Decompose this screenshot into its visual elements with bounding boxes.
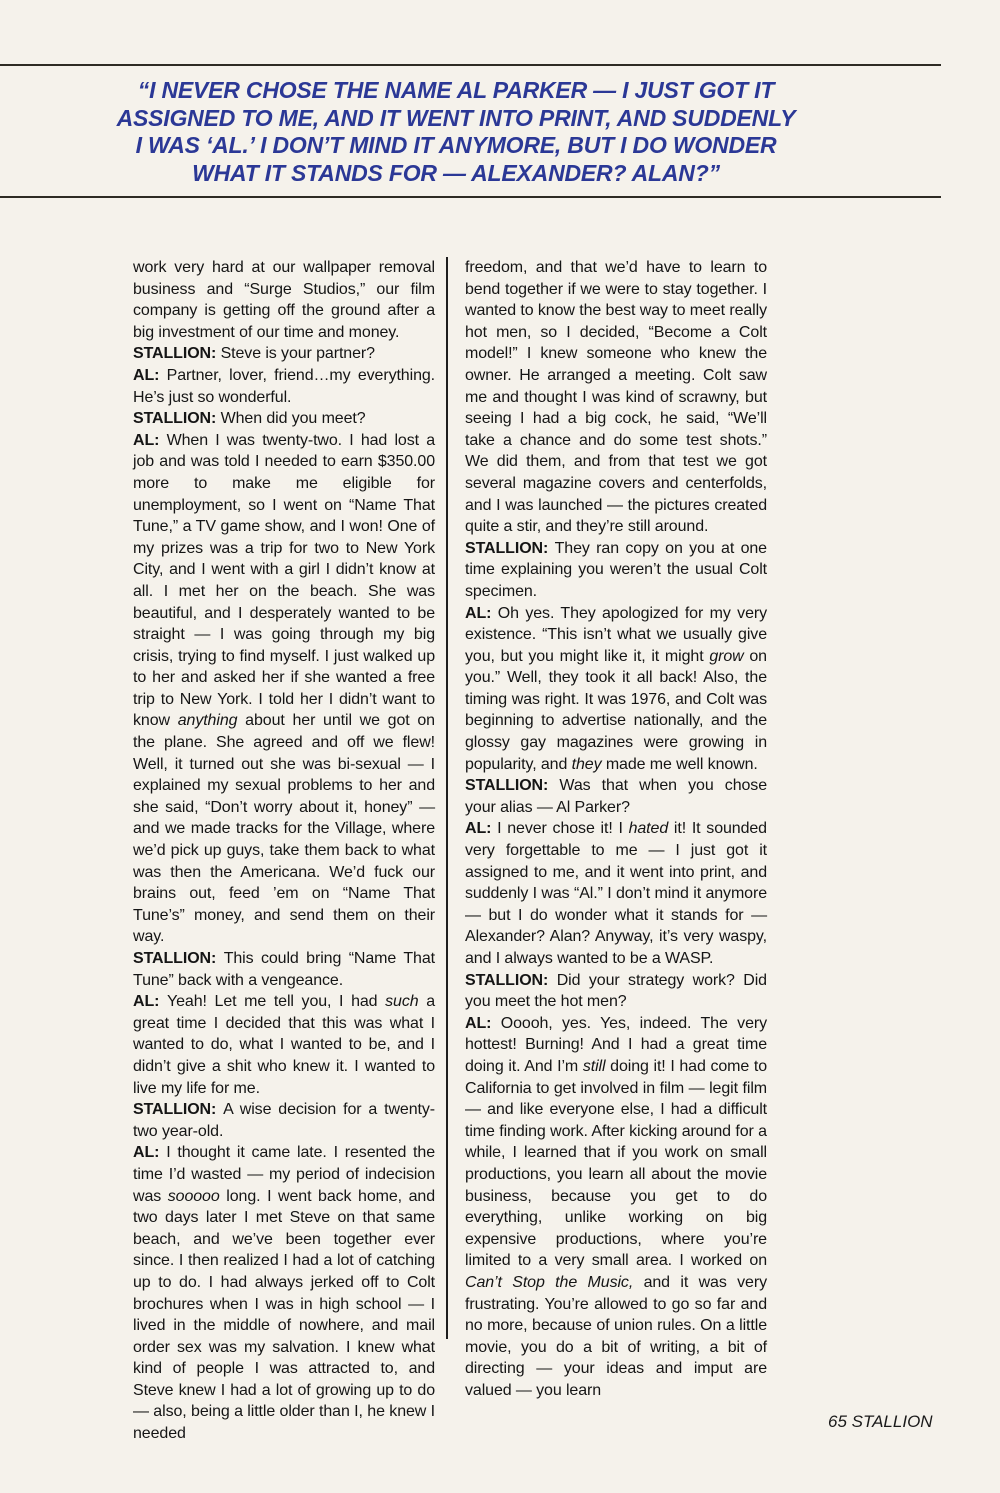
paragraph: STALLION: Did your strategy work? Did yo… [465,970,767,1013]
emphasis-text: hated [629,820,669,837]
body-text: and it was very frustrating. You’re allo… [465,1274,767,1399]
emphasis-text: sooooo [168,1188,220,1205]
body-text: long. I went back home, and two days lat… [133,1188,435,1443]
emphasis-text: they [572,756,602,773]
body-text: work very hard at our wallpaper removal … [133,259,435,341]
body-text: made me well known. [601,756,757,773]
body-text: I never chose it! I [497,820,628,837]
emphasis-text: still [583,1058,606,1075]
pull-quote-line: WHAT IT STANDS FOR — ALEXANDER? ALAN?” [0,160,912,188]
body-text: about her until we got on the plane. She… [133,712,435,945]
column-divider [446,257,448,1339]
body-text: Yeah! Let me tell you, I had [167,993,385,1010]
article-column-right: freedom, and that we’d have to learn to … [465,257,767,1445]
paragraph: AL: Ooooh, yes. Yes, indeed. The very ho… [465,1013,767,1402]
paragraph: AL: Partner, lover, friend…my everything… [133,365,435,408]
paragraph: STALLION: Was that when you chose your a… [465,775,767,818]
body-text: doing it! I had come to California to ge… [465,1058,767,1269]
speaker-label: AL: [465,605,498,622]
paragraph: STALLION: They ran copy on you at one ti… [465,538,767,603]
pull-quote: “I NEVER CHOSE THE NAME AL PARKER — I JU… [0,77,912,187]
pull-quote-line: “I NEVER CHOSE THE NAME AL PARKER — I JU… [0,77,912,105]
speaker-label: STALLION: [465,777,559,794]
body-text: Steve is your partner? [221,345,375,362]
speaker-label: AL: [465,820,497,837]
body-text: freedom, and that we’d have to learn to … [465,259,767,535]
pull-quote-line: ASSIGNED TO ME, AND IT WENT INTO PRINT, … [0,105,912,133]
magazine-page: “I NEVER CHOSE THE NAME AL PARKER — I JU… [0,0,1000,1493]
speaker-label: AL: [133,432,167,449]
speaker-label: STALLION: [133,410,221,427]
speaker-label: STALLION: [465,540,555,557]
quote-bottom-rule [0,196,941,198]
paragraph: AL: When I was twenty-two. I had lost a … [133,430,435,948]
paragraph: STALLION: When did you meet? [133,408,435,430]
paragraph: work very hard at our wallpaper removal … [133,257,435,343]
paragraph: AL: I never chose it! I hated it! It sou… [465,818,767,969]
paragraph: AL: Oh yes. They apologized for my very … [465,603,767,776]
paragraph: AL: Yeah! Let me tell you, I had such a … [133,991,435,1099]
emphasis-text: Can’t Stop the Music, [465,1274,633,1291]
body-text: it! It sounded very forgettable to me — … [465,820,767,967]
speaker-label: AL: [133,993,167,1010]
emphasis-text: such [385,993,418,1010]
article-body: work very hard at our wallpaper removal … [133,257,767,1445]
page-footer: 65 STALLION [828,1412,933,1432]
speaker-label: STALLION: [465,972,557,989]
paragraph: STALLION: A wise decision for a twenty-t… [133,1099,435,1142]
paragraph: STALLION: This could bring “Name That Tu… [133,948,435,991]
body-text: When did you meet? [221,410,366,427]
emphasis-text: anything [178,712,238,729]
speaker-label: STALLION: [133,1101,223,1118]
speaker-label: AL: [133,367,167,384]
pull-quote-line: I WAS ‘AL.’ I DON’T MIND IT ANYMORE, BUT… [0,132,912,160]
top-rule [0,64,941,66]
paragraph: AL: I thought it came late. I resented t… [133,1142,435,1444]
emphasis-text: grow [709,648,743,665]
speaker-label: STALLION: [133,950,224,967]
body-text: on you.” Well, they took it all back! Al… [465,648,767,773]
speaker-label: AL: [465,1015,501,1032]
paragraph: STALLION: Steve is your partner? [133,343,435,365]
body-text: Partner, lover, friend…my everything. He… [133,367,435,406]
paragraph: freedom, and that we’d have to learn to … [465,257,767,538]
speaker-label: AL: [133,1144,166,1161]
body-text: When I was twenty-two. I had lost a job … [133,432,435,730]
article-column-left: work very hard at our wallpaper removal … [133,257,435,1445]
speaker-label: STALLION: [133,345,221,362]
